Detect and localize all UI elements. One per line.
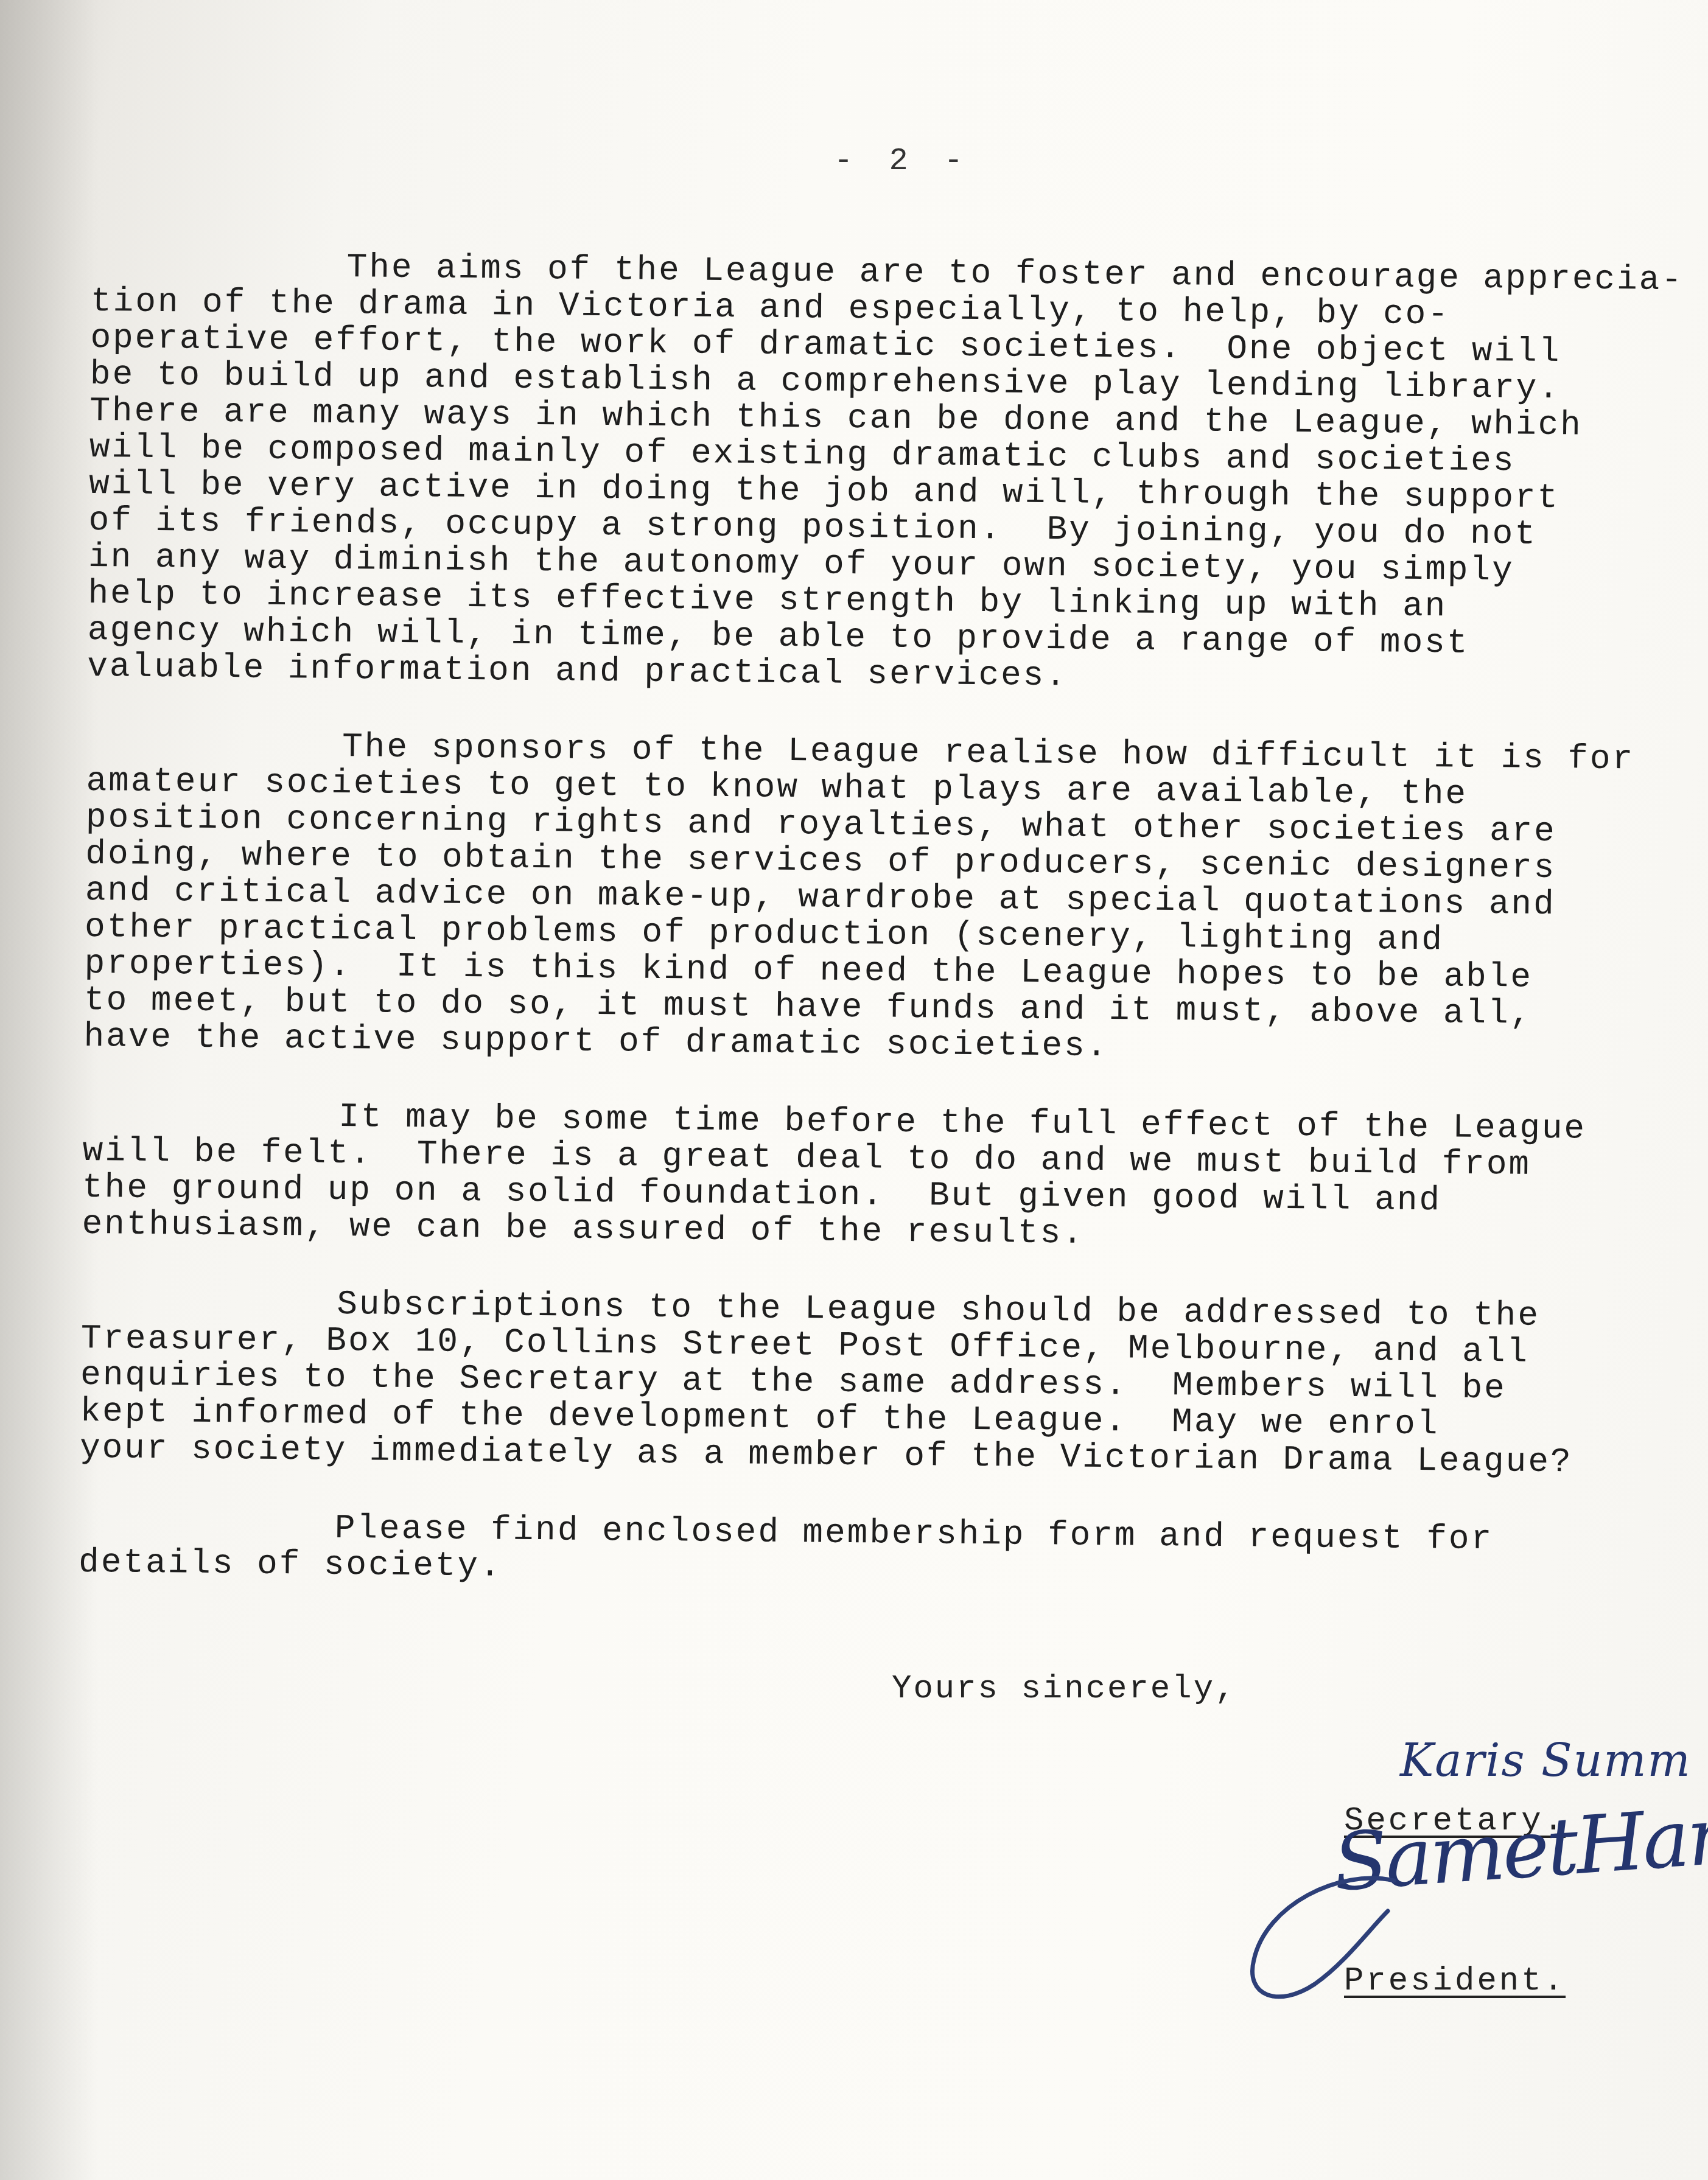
paragraph-aims: The aims of the League are to foster and… — [87, 246, 1686, 700]
paragraph-time: It may be some time before the full effe… — [82, 1096, 1678, 1257]
secretary-signature: Karis Summ — [1400, 1735, 1692, 1787]
president-role-label: President. — [1344, 1963, 1566, 2000]
letter-body: The aims of the League are to foster and… — [78, 246, 1686, 1637]
paragraph-sponsors: The sponsors of the League realise how d… — [83, 726, 1681, 1070]
paragraph-subscriptions: Subscriptions to the League should be ad… — [80, 1284, 1676, 1481]
paragraph-enclosure: Please find enclosed membership form and… — [79, 1507, 1674, 1596]
page-number: - 2 - — [834, 143, 971, 179]
closing-salutation: Yours sincerely, — [892, 1671, 1236, 1708]
